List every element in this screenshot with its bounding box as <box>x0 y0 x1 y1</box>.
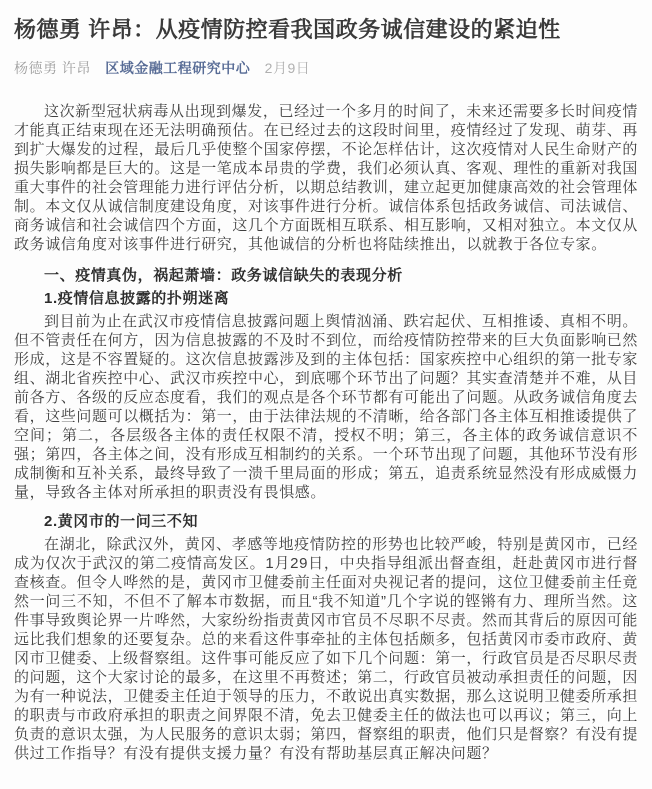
publish-date: 2月9日 <box>265 60 311 76</box>
section-1-heading: 一、疫情真伪，祸起萧墙：政务诚信缺失的表现分析 <box>14 264 638 287</box>
author-names: 杨德勇 许昂 <box>14 60 91 76</box>
article-page: 杨德勇 许昂：从疫情防控看我国政务诚信建设的紧迫性 杨德勇 许昂 区域金融工程研… <box>0 0 652 789</box>
intro-paragraph: 这次新型冠状病毒从出现到爆发，已经过一个多月的时间了，未来还需要多长时间疫情才能… <box>14 102 638 254</box>
subsection-1-paragraph: 到目前为止在武汉市疫情信息披露问题上舆情汹涌、跌宕起伏、互相推诿、真相不明。但不… <box>14 312 638 502</box>
subsection-1-heading: 1.疫情信息披露的扑朔迷离 <box>14 287 638 310</box>
subsection-2-paragraph: 在湖北，除武汉外，黄冈、孝感等地疫情防控的形势也比较严峻，特别是黄冈市，已经成为… <box>14 535 638 763</box>
article-body: 这次新型冠状病毒从出现到爆发，已经过一个多月的时间了，未来还需要多长时间疫情才能… <box>14 102 638 763</box>
byline: 杨德勇 许昂 区域金融工程研究中心 2月9日 <box>14 58 638 78</box>
official-account-link[interactable]: 区域金融工程研究中心 <box>105 60 250 76</box>
article-title: 杨德勇 许昂：从疫情防控看我国政务诚信建设的紧迫性 <box>14 14 638 46</box>
subsection-2-heading: 2.黄冈市的一问三不知 <box>14 510 638 533</box>
